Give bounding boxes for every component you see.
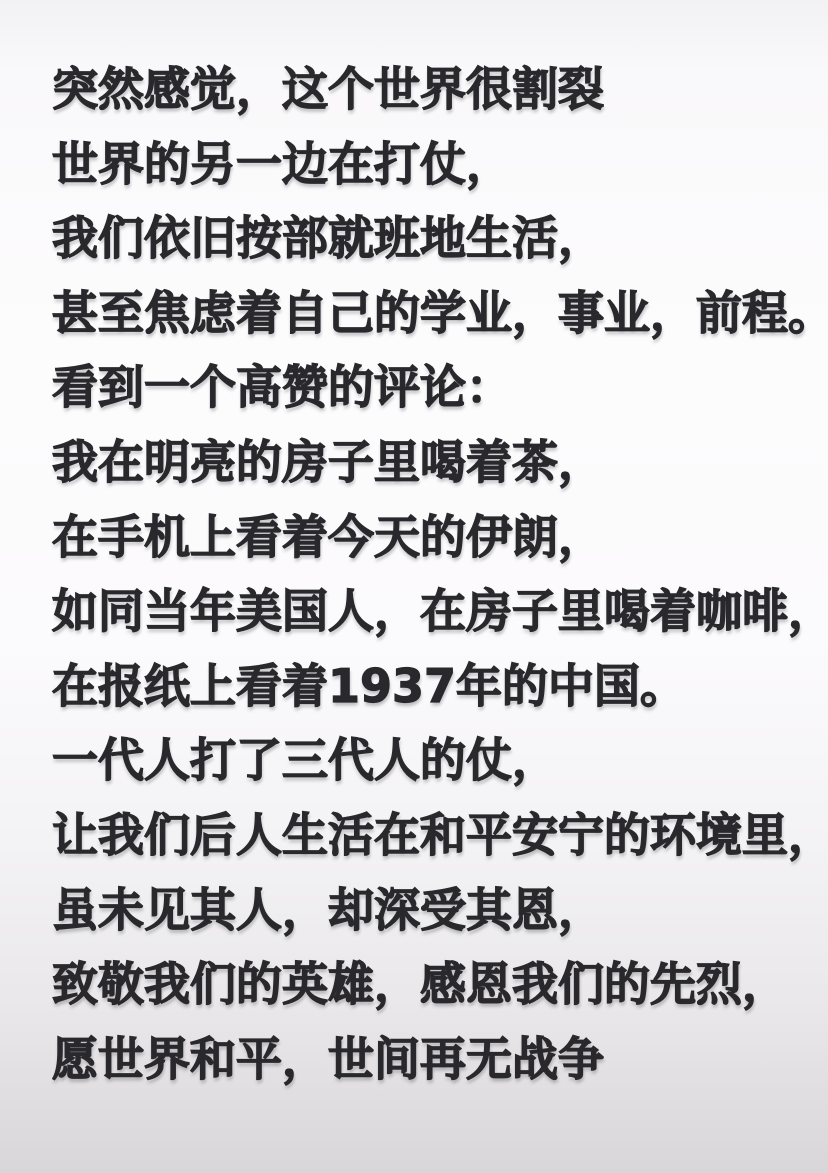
text-line-2: 世界的另一边在打仗， [52,127,812,202]
text-line-8: 如同当年美国人，在房子里喝着咖啡， [52,574,812,649]
text-line-5: 看到一个高赞的评论： [52,350,812,425]
quote-text-block: 突然感觉，这个世界很割裂 世界的另一边在打仗， 我们依旧按部就班地生活， 甚至焦… [52,52,812,1096]
text-line-10: 一代人打了三代人的仗， [52,723,812,798]
text-line-9: 在报纸上看着1937年的中国。 [52,649,812,724]
text-line-12: 虽未见其人，却深受其恩， [52,873,812,948]
text-line-14: 愿世界和平，世间再无战争 [52,1022,812,1097]
text-line-4: 甚至焦虑着自己的学业，事业，前程。 [52,276,812,351]
text-line-7: 在手机上看着今天的伊朗， [52,500,812,575]
text-line-6: 我在明亮的房子里喝着茶， [52,425,812,500]
text-line-13: 致敬我们的英雄，感恩我们的先烈， [52,947,812,1022]
text-line-1: 突然感觉，这个世界很割裂 [52,52,812,127]
text-line-3: 我们依旧按部就班地生活， [52,201,812,276]
text-line-11: 让我们后人生活在和平安宁的环境里， [52,798,812,873]
